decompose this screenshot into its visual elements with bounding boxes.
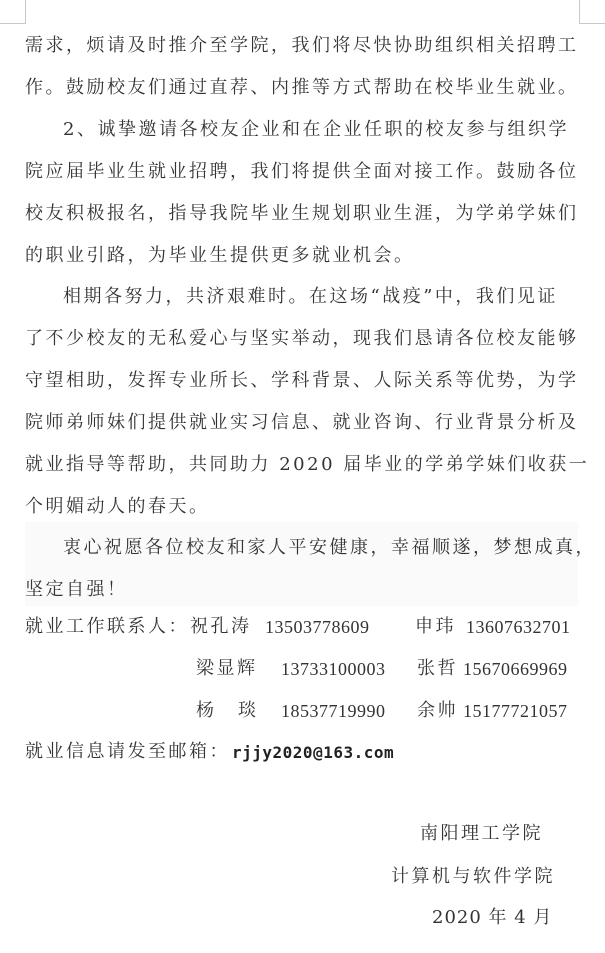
contact-name: 申玮 (415, 616, 456, 638)
paragraph-3-line-3: 守望相助，发挥专业所长、学科背景、人际关系等优势，为学 (25, 370, 579, 392)
paragraph-2-line-1: 2、诚挚邀请各校友企业和在企业任职的校友参与组织学 (63, 119, 569, 141)
contact-name: 梁显辉 (196, 658, 258, 680)
paragraph-2-line-2: 院应届毕业生就业招聘，我们将提供全面对接工作。鼓励各位 (25, 161, 579, 183)
paragraph-3-line-5: 就业指导等帮助，共同助力 2020 届毕业的学弟学妹们收获一 (25, 454, 589, 476)
paragraph-4-line-1: 衷心祝愿各位校友和家人平安健康，幸福顺遂，梦想成真， (63, 537, 596, 559)
contacts-label: 就业工作联系人： (25, 616, 189, 638)
contact-name: 张哲 (417, 658, 458, 680)
page-corner-mark-top-right (579, 0, 605, 24)
contact-phone: 15177721057 (463, 700, 568, 722)
signature-date: 2020 年 4 月 (432, 907, 552, 929)
contact-name: 余帅 (417, 700, 458, 722)
paragraph-3-line-6: 个明媚动人的春天。 (25, 496, 210, 518)
paragraph-2-line-4: 的职业引路，为毕业生提供更多就业机会。 (25, 245, 415, 267)
contact-phone: 13607632701 (466, 616, 571, 638)
contact-phone: 13503778609 (265, 616, 370, 638)
email-address[interactable]: rjjy2020@163.com (232, 742, 394, 764)
paragraph-1-line-2: 作。鼓励校友们通过直荐、内推等方式帮助在校毕业生就业。 (25, 77, 579, 99)
paragraph-3-line-2: 了不少校友的无私爱心与坚实举动，现我们恳请各位校友能够 (25, 328, 579, 350)
page-corner-mark-top-left (0, 0, 26, 24)
contact-phone: 13733100003 (281, 658, 386, 680)
paragraph-2-line-3: 校友积极报名，指导我院毕业生规划职业生涯，为学弟学妹们 (25, 203, 579, 225)
contact-name: 杨 琰 (196, 700, 259, 722)
contact-phone: 15670669969 (463, 658, 568, 680)
contact-name: 祝孔涛 (190, 616, 252, 638)
signature-institution: 南阳理工学院 (420, 823, 543, 845)
signature-department: 计算机与软件学院 (391, 866, 555, 888)
contact-phone: 18537719990 (281, 700, 386, 722)
email-label: 就业信息请发至邮箱： (25, 741, 230, 763)
paragraph-3-line-1: 相期各努力，共济艰难时。在这场“战疫”中，我们见证 (63, 286, 558, 308)
paragraph-4-line-2: 坚定自强！ (25, 579, 128, 601)
paragraph-1-line-1: 需求，烦请及时推介至学院，我们将尽快协助组织相关招聘工 (25, 35, 579, 57)
paragraph-3-line-4: 院师弟师妹们提供就业实习信息、就业咨询、行业背景分析及 (25, 412, 579, 434)
